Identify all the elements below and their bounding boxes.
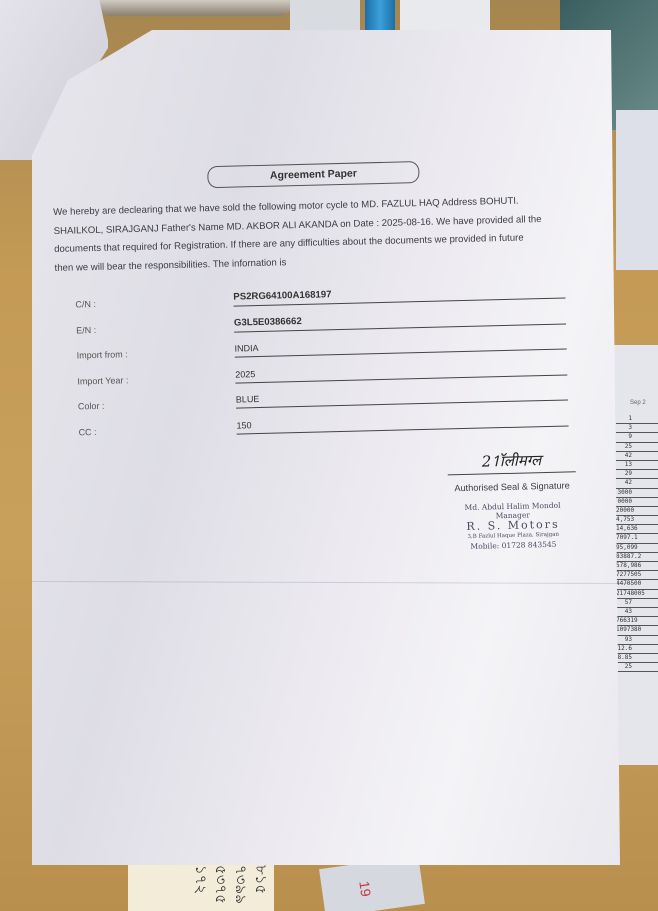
field-label: C/N : — [75, 299, 96, 309]
agreement-paper — [32, 30, 632, 865]
handwritten-signature: 21ॉलीमग्ल — [441, 449, 581, 472]
side-sheet-top — [616, 110, 658, 270]
side-sheet-row: 8.85 — [616, 654, 658, 663]
white-object — [400, 0, 490, 35]
side-sheet-row: 12.6 — [616, 645, 658, 654]
bowl — [95, 0, 295, 16]
field-label: CC : — [78, 426, 96, 436]
side-sheet-row: 4,753 — [616, 516, 658, 525]
side-sheet-row: 9 — [616, 433, 658, 442]
field-label: E/N : — [76, 324, 96, 334]
signature-caption: Authorised Seal & Signature — [442, 480, 582, 493]
vehicle-fields: C/N : PS2RG64100A168197 E/N : G3L5E03866… — [75, 281, 599, 447]
side-sheet-row: 1097380 — [616, 626, 658, 635]
side-sheet-row: 1 — [616, 415, 658, 424]
side-sheet-row: 3000 — [616, 489, 658, 498]
side-sheet-row: 57 — [616, 599, 658, 608]
side-sheet-row: 42 — [616, 479, 658, 488]
side-sheet-row: 13 — [616, 461, 658, 470]
side-sheet-row: 95,099 — [616, 544, 658, 553]
handwritten-note: ৮১৫ ৭৩৯৯ ৫৩৭৫ ১৭২ — [128, 862, 274, 911]
field-label: Import Year : — [77, 375, 128, 386]
side-sheet-row: 93 — [616, 636, 658, 645]
declaration-paragraph: We hereby are declearing that we have so… — [53, 191, 590, 278]
side-sheet-row: 20000 — [616, 507, 658, 516]
side-sheet-row: 25 — [616, 663, 658, 672]
side-sheet-row: 4470500 — [616, 580, 658, 589]
side-sheet-row: 42 — [616, 452, 658, 461]
side-sheet-row: 7277505 — [616, 571, 658, 580]
field-label: Color : — [78, 401, 105, 412]
side-sheet-rows: 139254213294230000000200004,75314,636709… — [616, 415, 658, 672]
side-sheet-row: 7097.1 — [616, 534, 658, 543]
side-sheet-row: 21748005 — [616, 590, 658, 599]
side-sheet-row: 29 — [616, 470, 658, 479]
side-sheet-row: 0000 — [616, 498, 658, 507]
side-sheet-row: 3 — [616, 424, 658, 433]
side-sheet-row: 43 — [616, 608, 658, 617]
side-sheet-row: 578,986 — [616, 562, 658, 571]
signature-block: 21ॉलीमग्ल Authorised Seal & Signature Md… — [441, 449, 583, 551]
side-sheet-row: 25 — [616, 443, 658, 452]
pink-note-text: 19 — [356, 880, 374, 898]
field-label: Import from : — [77, 349, 128, 360]
side-sheet-header: Sep 2 — [630, 400, 646, 406]
company-stamp: Md. Abdul Halim Mondol Manager R. S. Mot… — [442, 500, 583, 551]
side-sheet-row: 766319 — [616, 617, 658, 626]
side-sheet-row: 83887.2 — [616, 553, 658, 562]
side-sheet-row: 14,636 — [616, 525, 658, 534]
